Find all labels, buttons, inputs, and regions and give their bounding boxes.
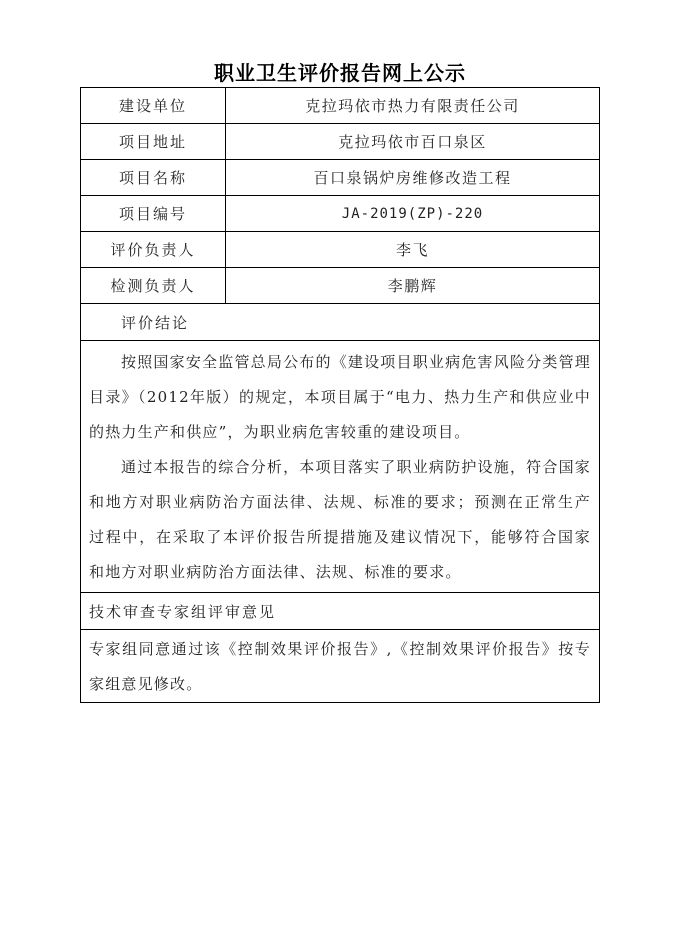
label-testing-lead: 检测负责人: [81, 268, 226, 303]
label-project-name: 项目名称: [81, 160, 226, 195]
label-evaluation-lead: 评价负责人: [81, 232, 226, 267]
value-testing-lead: 李鹏辉: [226, 268, 599, 303]
expert-review-heading: 技术审查专家组评审意见: [81, 593, 276, 629]
row-project-address: 项目地址 克拉玛依市百口泉区: [81, 124, 599, 160]
label-construction-unit: 建设单位: [81, 88, 226, 123]
info-table: 建设单位 克拉玛依市热力有限责任公司 项目地址 克拉玛依市百口泉区 项目名称 百…: [80, 87, 600, 703]
value-project-name: 百口泉锅炉房维修改造工程: [226, 160, 599, 195]
row-project-name: 项目名称 百口泉锅炉房维修改造工程: [81, 160, 599, 196]
conclusion-body: 按照国家安全监管总局公布的《建设项目职业病危害风险分类管理目录》（2012年版）…: [81, 341, 599, 592]
row-conclusion-body: 按照国家安全监管总局公布的《建设项目职业病危害风险分类管理目录》（2012年版）…: [81, 341, 599, 593]
value-construction-unit: 克拉玛依市热力有限责任公司: [226, 88, 599, 123]
label-project-number: 项目编号: [81, 196, 226, 231]
row-project-number: 项目编号 JA-2019(ZP)-220: [81, 196, 599, 232]
conclusion-heading: 评价结论: [81, 304, 189, 340]
row-testing-lead: 检测负责人 李鹏辉: [81, 268, 599, 304]
row-conclusion-heading: 评价结论: [81, 304, 599, 341]
value-project-address: 克拉玛依市百口泉区: [226, 124, 599, 159]
label-project-address: 项目地址: [81, 124, 226, 159]
expert-review-text: 专家组同意通过该《控制效果评价报告》,《控制效果评价报告》按专家组意见修改。: [89, 632, 591, 702]
row-construction-unit: 建设单位 克拉玛依市热力有限责任公司: [81, 88, 599, 124]
row-expert-review-body: 专家组同意通过该《控制效果评价报告》,《控制效果评价报告》按专家组意见修改。: [81, 630, 599, 702]
document-title: 职业卫生评价报告网上公示: [80, 60, 600, 86]
conclusion-paragraph-1: 按照国家安全监管总局公布的《建设项目职业病危害风险分类管理目录》（2012年版）…: [89, 345, 591, 450]
expert-review-body: 专家组同意通过该《控制效果评价报告》,《控制效果评价报告》按专家组意见修改。: [81, 630, 599, 702]
row-expert-review-heading: 技术审查专家组评审意见: [81, 593, 599, 630]
value-evaluation-lead: 李飞: [226, 232, 599, 267]
value-project-number: JA-2019(ZP)-220: [226, 196, 599, 231]
conclusion-paragraph-2: 通过本报告的综合分析，本项目落实了职业病防护设施，符合国家和地方对职业病防治方面…: [89, 450, 591, 590]
row-evaluation-lead: 评价负责人 李飞: [81, 232, 599, 268]
